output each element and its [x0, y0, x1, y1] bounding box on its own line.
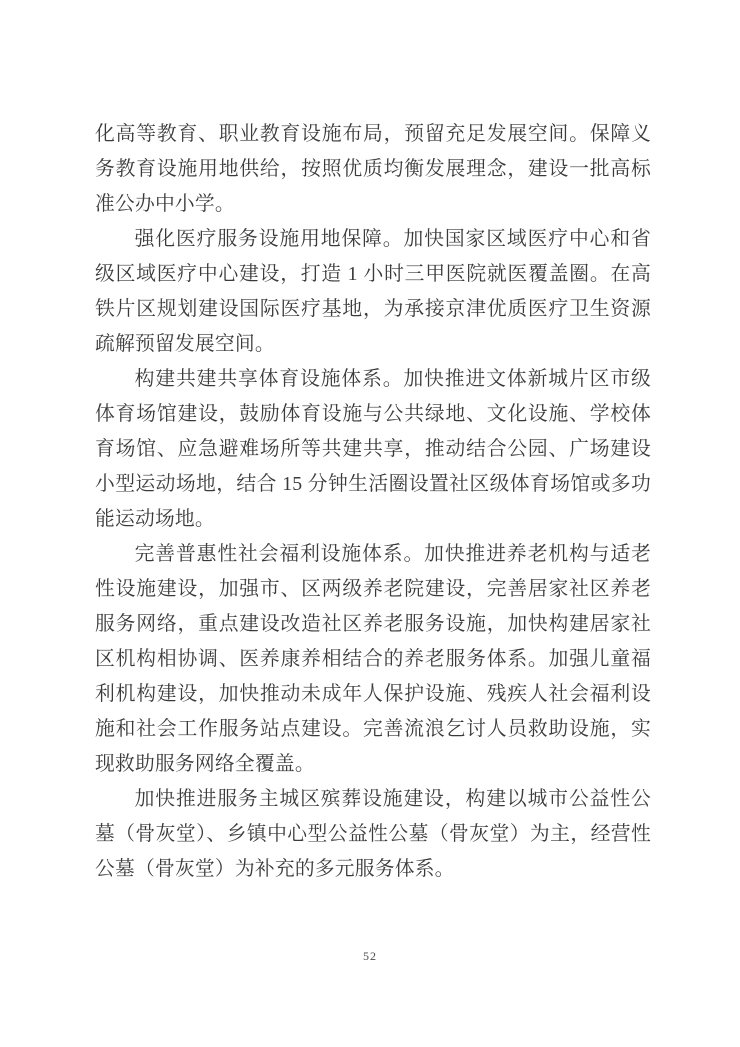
paragraph-funeral-facilities: 加快推进服务主城区殡葬设施建设，构建以城市公益性公墓（骨灰堂）、乡镇中心型公益性… — [95, 782, 651, 887]
paragraph-social-welfare: 完善普惠性社会福利设施体系。加快推进养老机构与适老性设施建设，加强市、区两级养老… — [95, 537, 651, 782]
paragraph-medical-services: 强化医疗服务设施用地保障。加快国家区域医疗中心和省级区域医疗中心建设，打造 1 … — [95, 222, 651, 362]
document-body: 化高等教育、职业教育设施布局，预留充足发展空间。保障义务教育设施用地供给，按照优… — [95, 117, 651, 887]
paragraph-education-continuation: 化高等教育、职业教育设施布局，预留充足发展空间。保障义务教育设施用地供给，按照优… — [95, 117, 651, 222]
page-footer: 52 — [0, 947, 740, 965]
document-page: 化高等教育、职业教育设施布局，预留充足发展空间。保障义务教育设施用地供给，按照优… — [0, 0, 740, 1047]
paragraph-sports-facilities: 构建共建共享体育设施体系。加快推进文体新城片区市级体育场馆建设，鼓励体育设施与公… — [95, 362, 651, 537]
page-number: 52 — [363, 949, 377, 963]
